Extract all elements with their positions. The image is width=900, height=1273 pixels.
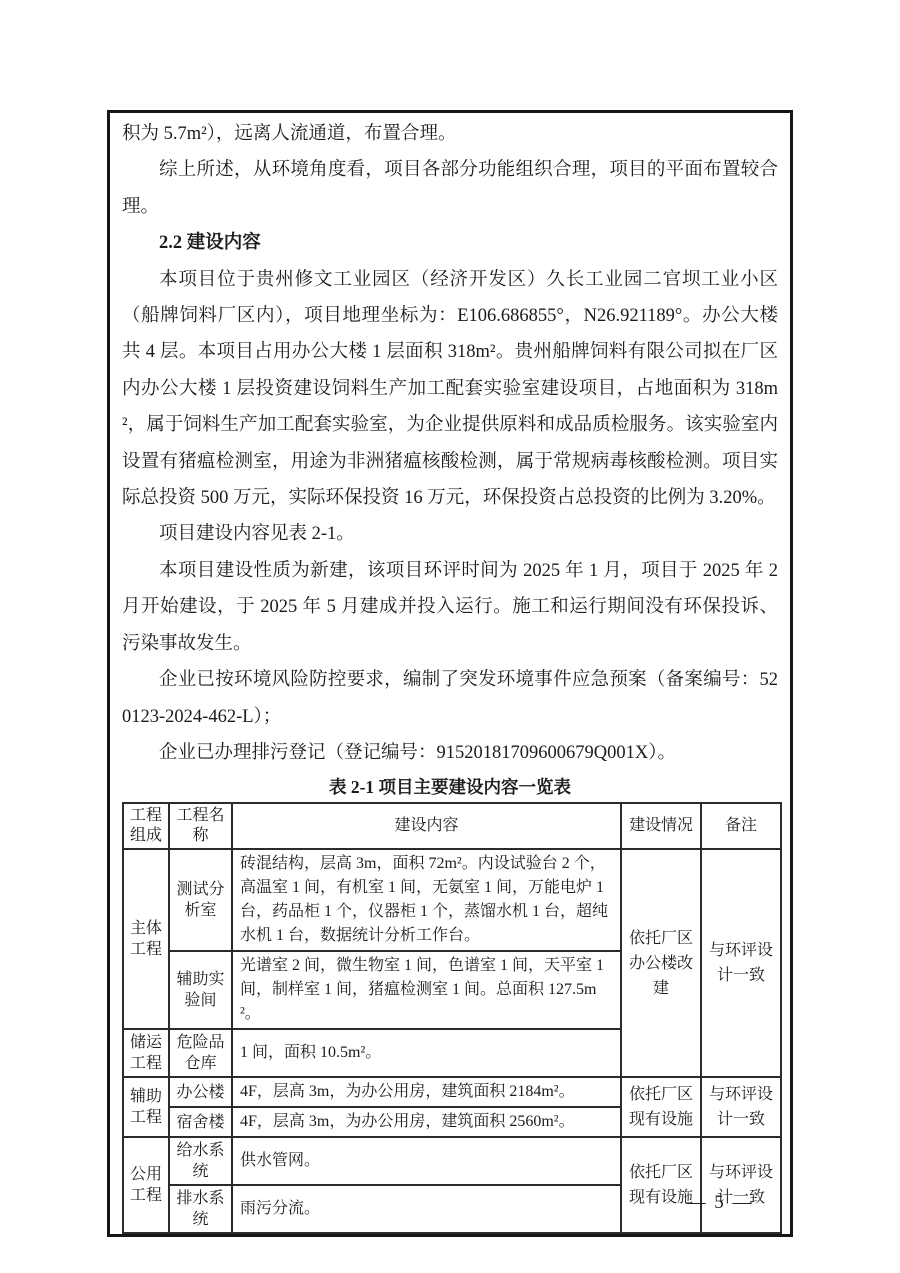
cell-content-test-analysis-room: 砖混结构，层高 3m，面积 72m²。内设试验台 2 个，高温室 1 间，有机室…: [232, 849, 621, 951]
header-project-name: 工程名称: [169, 803, 232, 849]
cell-content-dormitory-building: 4F，层高 3m，为办公用房，建筑面积 2560m²。: [232, 1107, 621, 1137]
cell-content-auxiliary-lab: 光谱室 2 间，微生物室 1 间，色谱室 1 间，天平室 1 间，制样室 1 间…: [232, 951, 621, 1029]
header-project-part: 工程组成: [123, 803, 169, 849]
table-title: 表 2-1 项目主要建设内容一览表: [122, 775, 778, 799]
table-header-row: 工程组成 工程名称 建设内容 建设情况 备注: [123, 803, 781, 849]
cell-part-storage: 储运工程: [123, 1029, 169, 1077]
paragraph-project-location: 本项目位于贵州修文工业园区（经济开发区）久长工业园二官坝工业小区（船牌饲料厂区内…: [122, 262, 778, 517]
section-heading: 2.2 建设内容: [122, 225, 778, 261]
paragraph-see-table: 项目建设内容见表 2-1。: [122, 516, 778, 552]
paragraph-pollution-registration: 企业已办理排污登记（登记编号：91520181709600679Q001X）。: [122, 735, 778, 771]
cell-status-existing-facilities: 依托厂区现有设施: [621, 1077, 701, 1137]
paragraph-emergency-plan: 企业已按环境风险防控要求，编制了突发环境事件应急预案（备案编号：520123-2…: [122, 662, 778, 735]
cell-part-auxiliary: 辅助工程: [123, 1077, 169, 1137]
cell-content-hazmat-warehouse: 1 间，面积 10.5m²。: [232, 1029, 621, 1077]
cell-name-drainage-system: 排水系统: [169, 1185, 232, 1233]
cell-part-public: 公用工程: [123, 1137, 169, 1233]
cell-name-hazmat-warehouse: 危险品仓库: [169, 1029, 232, 1077]
cell-content-office-building: 4F，层高 3m，为办公用房，建筑面积 2184m²。: [232, 1077, 621, 1107]
page-number: — 5 —: [640, 1192, 800, 1214]
construction-content-table: 工程组成 工程名称 建设内容 建设情况 备注 主体工程 测试分析室 砖混结构，层…: [122, 802, 782, 1234]
cell-content-drainage-system: 雨污分流。: [232, 1185, 621, 1233]
paragraph-area-continuation: 积为 5.7m²），远离人流通道，布置合理。: [122, 116, 778, 152]
table-row: 公用工程 给水系统 供水管网。 依托厂区现有设施 与环评设计一致: [123, 1137, 781, 1185]
header-remark: 备注: [701, 803, 781, 849]
cell-name-auxiliary-lab: 辅助实验间: [169, 951, 232, 1029]
header-construction-status: 建设情况: [621, 803, 701, 849]
cell-note-consistent: 与环评设计一致: [701, 1077, 781, 1137]
cell-note-consistent: 与环评设计一致: [701, 1137, 781, 1233]
cell-status-existing-facilities: 依托厂区现有设施: [621, 1137, 701, 1233]
page-border-frame: 积为 5.7m²），远离人流通道，布置合理。 综上所述，从环境角度看，项目各部分…: [107, 110, 793, 1237]
cell-name-dormitory-building: 宿舍楼: [169, 1107, 232, 1137]
cell-name-water-supply-system: 给水系统: [169, 1137, 232, 1185]
header-construction-content: 建设内容: [232, 803, 621, 849]
cell-content-water-supply-system: 供水管网。: [232, 1137, 621, 1185]
paragraph-layout-summary: 综上所述，从环境角度看，项目各部分功能组织合理，项目的平面布置较合理。: [122, 152, 778, 225]
cell-name-test-analysis-room: 测试分析室: [169, 849, 232, 951]
cell-name-office-building: 办公楼: [169, 1077, 232, 1107]
paragraph-construction-schedule: 本项目建设性质为新建，该项目环评时间为 2025 年 1 月，项目于 2025 …: [122, 553, 778, 662]
table-row: 辅助工程 办公楼 4F，层高 3m，为办公用房，建筑面积 2184m²。 依托厂…: [123, 1077, 781, 1107]
cell-part-main: 主体工程: [123, 849, 169, 1029]
table-row: 主体工程 测试分析室 砖混结构，层高 3m，面积 72m²。内设试验台 2 个，…: [123, 849, 781, 951]
report-page: 积为 5.7m²），远离人流通道，布置合理。 综上所述，从环境角度看，项目各部分…: [0, 0, 900, 1273]
cell-note-consistent: 与环评设计一致: [701, 849, 781, 1077]
cell-status-office-rebuild: 依托厂区办公楼改建: [621, 849, 701, 1077]
